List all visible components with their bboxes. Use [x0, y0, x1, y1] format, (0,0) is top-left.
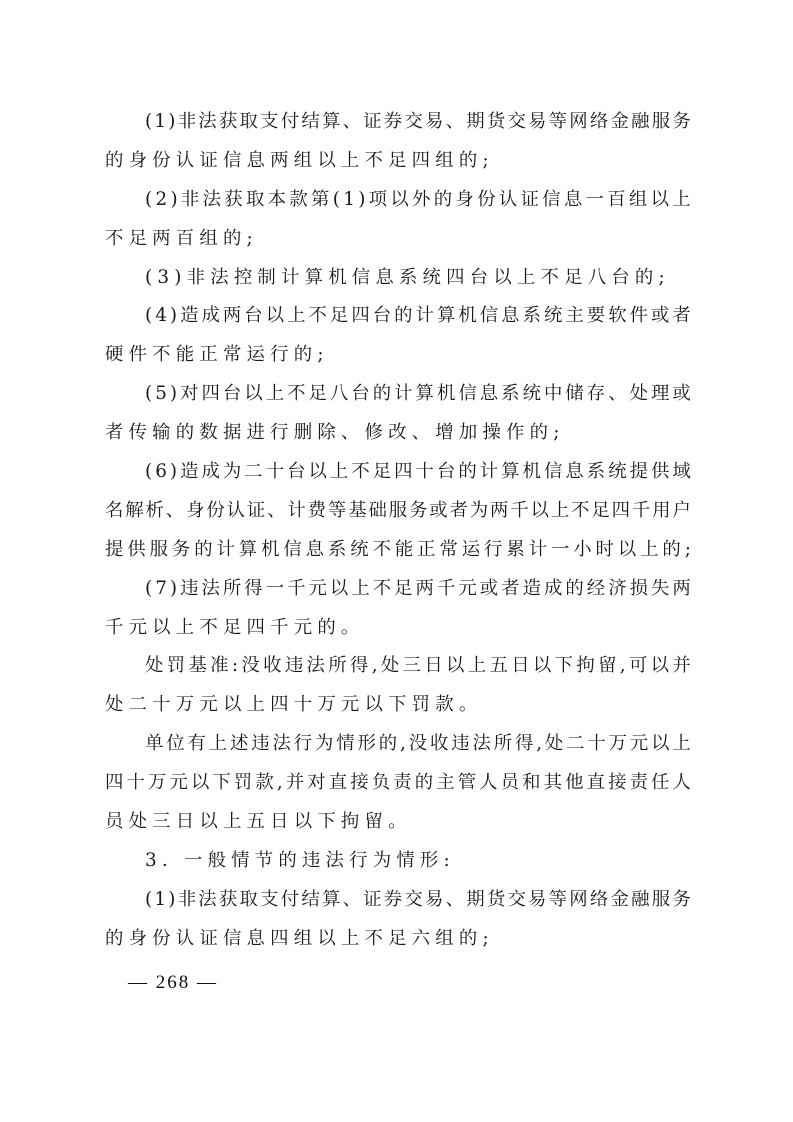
text-line-9: 者传输的数据进行删除、修改、增加操作的; — [105, 414, 691, 453]
text-line-22: 的身份认证信息四组以上不足六组的; — [105, 920, 691, 959]
text-line-16: 处二十万元以上四十万元以下罚款。 — [105, 686, 691, 725]
text-line-14: 千元以上不足四千元的。 — [105, 609, 691, 648]
text-line-11: 名解析、身份认证、计费等基础服务或者为两千以上不足四千用户 — [105, 492, 691, 531]
document-body: (1)非法获取支付结算、证券交易、期货交易等网络金融服务 的身份认证信息两组以上… — [105, 103, 691, 959]
text-line-12: 提供服务的计算机信息系统不能正常运行累计一小时以上的; — [105, 531, 691, 570]
text-line-18: 四十万元以下罚款,并对直接负责的主管人员和其他直接责任人 — [105, 764, 691, 803]
text-line-19: 员处三日以上五日以下拘留。 — [105, 803, 691, 842]
text-line-10: (6)造成为二十台以上不足四十台的计算机信息系统提供域 — [105, 453, 691, 492]
text-line-17: 单位有上述违法行为情形的,没收违法所得,处二十万元以上 — [105, 725, 691, 764]
section-heading: 3. 一般情节的违法行为情形: — [105, 842, 691, 881]
text-line-1: (1)非法获取支付结算、证券交易、期货交易等网络金融服务 — [105, 103, 691, 142]
text-line-21: (1)非法获取支付结算、证券交易、期货交易等网络金融服务 — [105, 881, 691, 920]
text-line-15: 处罚基准:没收违法所得,处三日以上五日以下拘留,可以并 — [105, 647, 691, 686]
text-line-6: (4)造成两台以上不足四台的计算机信息系统主要软件或者 — [105, 297, 691, 336]
text-line-3: (2)非法获取本款第(1)项以外的身份认证信息一百组以上 — [105, 181, 691, 220]
text-line-8: (5)对四台以上不足八台的计算机信息系统中储存、处理或 — [105, 375, 691, 414]
text-line-5: (3)非法控制计算机信息系统四台以上不足八台的; — [105, 259, 691, 298]
text-line-7: 硬件不能正常运行的; — [105, 336, 691, 375]
text-line-13: (7)违法所得一千元以上不足两千元或者造成的经济损失两 — [105, 570, 691, 609]
text-line-4: 不足两百组的; — [105, 220, 691, 259]
text-line-2: 的身份认证信息两组以上不足四组的; — [105, 142, 691, 181]
page-number: — 268 — — [128, 972, 218, 994]
